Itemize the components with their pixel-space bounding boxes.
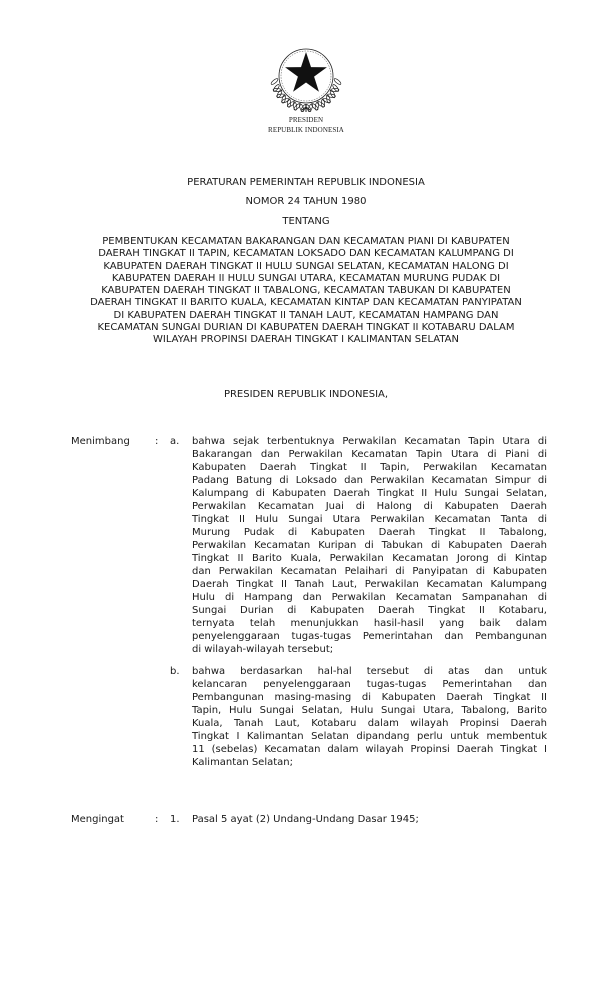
document-heading: PERATURAN PEMERINTAH REPUBLIK INDONESIA <box>0 176 612 190</box>
paragraph-line: Pasal 5 ayat (2) Undang-Undang Dasar 194… <box>192 813 547 826</box>
item-marker: a. <box>170 435 179 448</box>
presidential-emblem-icon <box>265 36 347 116</box>
paragraph-line: kelancaran penyelenggaraan tugas-tugas P… <box>192 678 547 691</box>
preamble: PRESIDEN REPUBLIK INDONESIA, <box>0 388 612 402</box>
paragraph-line: Kalumpang di Kabupaten Daerah Tingkat II… <box>192 487 547 500</box>
paragraph-line: Kuala, Tanah Laut, Kotabaru dalam wilaya… <box>192 717 547 730</box>
header-republik-indonesia: REPUBLIK INDONESIA <box>0 126 612 135</box>
mengingat-section: Mengingat : 1. Pasal 5 ayat (2) Undang-U… <box>0 813 612 826</box>
paragraph-line: bahwa sejak terbentuknya Perwakilan Keca… <box>192 435 547 448</box>
paragraph-line: Murung Pudak di Kabupaten Daerah Tingkat… <box>192 526 547 539</box>
paragraph-line: Kalimantan Selatan; <box>192 756 547 769</box>
document-subject: PEMBENTUKAN KECAMATAN BAKARANGAN DAN KEC… <box>0 236 612 347</box>
document-number: NOMOR 24 TAHUN 1980 <box>0 195 612 209</box>
paragraph-line: dan Perwakilan Kecamatan Pelaihari di Pa… <box>192 565 547 578</box>
menimbang-item-a: a. bahwa sejak terbentuknya Perwakilan K… <box>0 435 612 656</box>
paragraph-line: Perwakilan Kecamatan Kuripan di Tabukan … <box>192 539 547 552</box>
menimbang-item-b: b. bahwa berdasarkan hal-hal tersebut di… <box>0 665 612 769</box>
subject-line: KABUPATEN DAERAH TINGKAT II HULU SUNGAI … <box>0 261 612 273</box>
subject-line: KABUPATEN DAERAH II HULU SUNGAI UTARA, K… <box>0 273 612 285</box>
paragraph-line: Bakarangan dan Perwakilan Kecamatan Tapi… <box>192 448 547 461</box>
paragraph-line: di wilayah-wilayah tersebut; <box>192 643 547 656</box>
mengingat-item-1: 1. Pasal 5 ayat (2) Undang-Undang Dasar … <box>0 813 612 826</box>
paragraph-line: ternyata telah menunjukkan hasil-hasil y… <box>192 617 547 630</box>
paragraph-line: Pembangunan masing-masing di Kabupaten D… <box>192 691 547 704</box>
paragraph-line: Perwakilan Kecamatan Juai di Halong di K… <box>192 500 547 513</box>
paragraph-line: Daerah Tingkat II Tanah Laut, Perwakilan… <box>192 578 547 591</box>
paragraph-line: Kabupaten Daerah Tingkat II Tapin, Perwa… <box>192 461 547 474</box>
paragraph-line: bahwa berdasarkan hal-hal tersebut di at… <box>192 665 547 678</box>
paragraph-line: Tapin, Hulu Sungai Selatan, Hulu Sungai … <box>192 704 547 717</box>
subject-line: KECAMATAN SUNGAI DURIAN DI KABUPATEN DAE… <box>0 322 612 334</box>
paragraph-line: Padang Batung di Loksado dan Perwakilan … <box>192 474 547 487</box>
subject-line: DAERAH TINGKAT II BARITO KUALA, KECAMATA… <box>0 297 612 309</box>
paragraph-line: Tingkat II Hulu Sungai Utara Perwakilan … <box>192 513 547 526</box>
paragraph-line: penyelenggaraan tugas-tugas Pemerintahan… <box>192 630 547 643</box>
header-presiden: PRESIDEN <box>0 116 612 125</box>
subject-line: KABUPATEN DAERAH TINGKAT II TABALONG, KE… <box>0 285 612 297</box>
item-marker: b. <box>170 665 180 678</box>
subject-line: DAERAH TINGKAT II TAPIN, KECAMATAN LOKSA… <box>0 248 612 260</box>
paragraph-line: Hulu di Hampang dan Perwakilan Kecamatan… <box>192 591 547 604</box>
paragraph-line: 11 (sebelas) Kecamatan dalam wilayah Pro… <box>192 743 547 756</box>
subject-line: WILAYAH PROPINSI DAERAH TINGKAT I KALIMA… <box>0 334 612 346</box>
subject-line: PEMBENTUKAN KECAMATAN BAKARANGAN DAN KEC… <box>0 236 612 248</box>
menimbang-section: Menimbang : a. bahwa sejak terbentuknya … <box>0 435 612 769</box>
star-wreath-icon <box>265 36 347 116</box>
paragraph-line: Tingkat II Barito Kuala, Perwakilan Keca… <box>192 552 547 565</box>
paragraph-line: Tingkat I Kalimantan Selatan dipandang p… <box>192 730 547 743</box>
item-marker: 1. <box>170 813 180 826</box>
paragraph-line: Sungai Durian di Kabupaten Daerah Tingka… <box>192 604 547 617</box>
document-about-label: TENTANG <box>0 215 612 229</box>
subject-line: DI KABUPATEN DAERAH TINGKAT II TANAH LAU… <box>0 310 612 322</box>
